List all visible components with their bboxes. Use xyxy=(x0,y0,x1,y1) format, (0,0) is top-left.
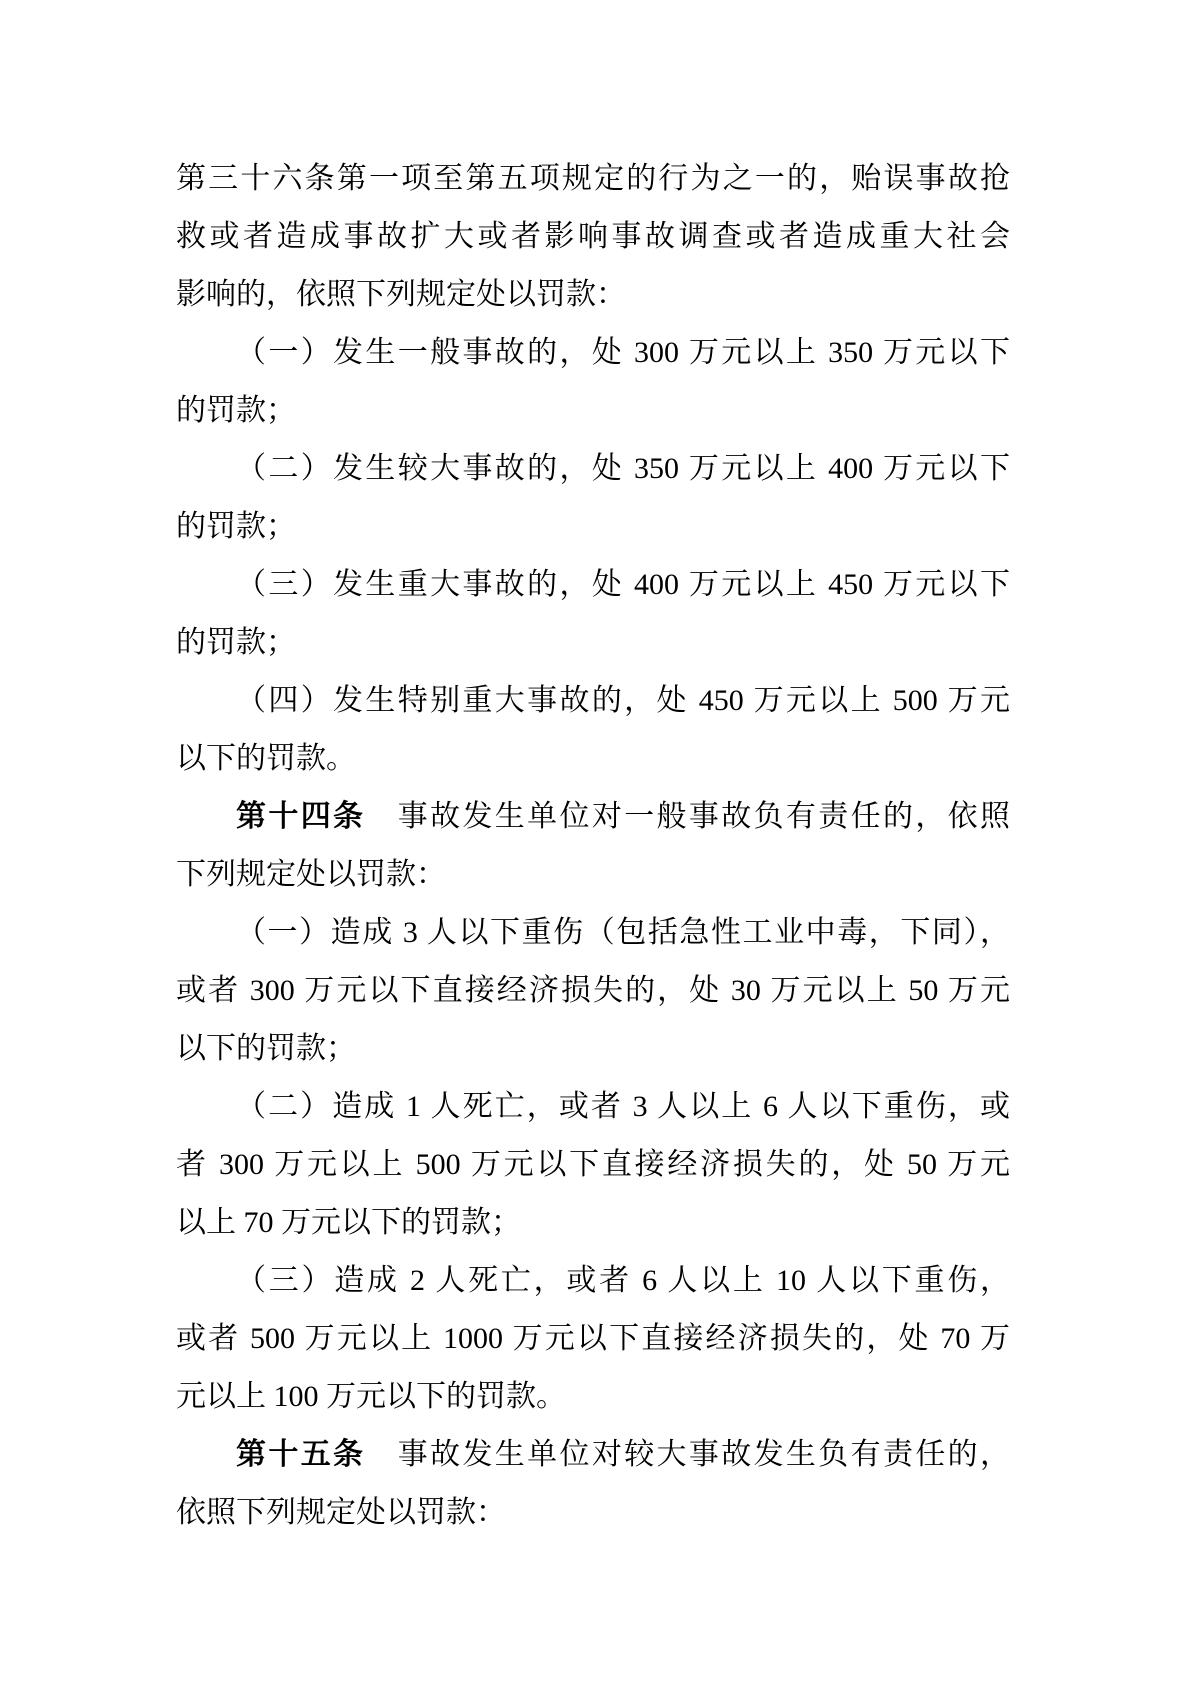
document-line: 依照下列规定处以罚款： xyxy=(176,1484,1010,1542)
document-line: （四）发生特别重大事故的，处 450 万元以上 500 万元 xyxy=(176,672,1010,730)
document-line: 以上 70 万元以下的罚款； xyxy=(176,1194,1010,1252)
document-line: 元以上 100 万元以下的罚款。 xyxy=(176,1368,1010,1426)
document-line: （三）造成 2 人死亡，或者 6 人以上 10 人以下重伤， xyxy=(176,1252,1010,1310)
document-line: 第十五条 事故发生单位对较大事故发生负有责任的， xyxy=(176,1426,1010,1484)
document-line: 的罚款； xyxy=(176,498,1010,556)
document-page: 第三十六条第一项至第五项规定的行为之一的，贻误事故抢救或者造成事故扩大或者影响事… xyxy=(0,0,1190,1683)
document-line: （三）发生重大事故的，处 400 万元以上 450 万元以下 xyxy=(176,556,1010,614)
document-line: 者 300 万元以上 500 万元以下直接经济损失的，处 50 万元 xyxy=(176,1136,1010,1194)
document-line: 影响的，依照下列规定处以罚款： xyxy=(176,266,1010,324)
document-line: 以下的罚款； xyxy=(176,1020,1010,1078)
document-line: （一）造成 3 人以下重伤（包括急性工业中毒，下同）， xyxy=(176,904,1010,962)
document-line: 救或者造成事故扩大或者影响事故调查或者造成重大社会 xyxy=(176,208,1010,266)
document-line: 第十四条 事故发生单位对一般事故负有责任的，依照 xyxy=(176,788,1010,846)
document-text: 第三十六条第一项至第五项规定的行为之一的，贻误事故抢救或者造成事故扩大或者影响事… xyxy=(176,150,1010,1542)
article-number: 第十四条 xyxy=(236,800,365,833)
article-number: 第十五条 xyxy=(236,1438,365,1471)
document-line: 或者 300 万元以下直接经济损失的，处 30 万元以上 50 万元 xyxy=(176,962,1010,1020)
document-line: 以下的罚款。 xyxy=(176,730,1010,788)
document-line: 的罚款； xyxy=(176,382,1010,440)
document-line: （一）发生一般事故的，处 300 万元以上 350 万元以下 xyxy=(176,324,1010,382)
document-line: 第三十六条第一项至第五项规定的行为之一的，贻误事故抢 xyxy=(176,150,1010,208)
document-line: 或者 500 万元以上 1000 万元以下直接经济损失的，处 70 万 xyxy=(176,1310,1010,1368)
document-line: （二）发生较大事故的，处 350 万元以上 400 万元以下 xyxy=(176,440,1010,498)
document-line: 的罚款； xyxy=(176,614,1010,672)
document-line: （二）造成 1 人死亡，或者 3 人以上 6 人以下重伤，或 xyxy=(176,1078,1010,1136)
document-line: 下列规定处以罚款： xyxy=(176,846,1010,904)
